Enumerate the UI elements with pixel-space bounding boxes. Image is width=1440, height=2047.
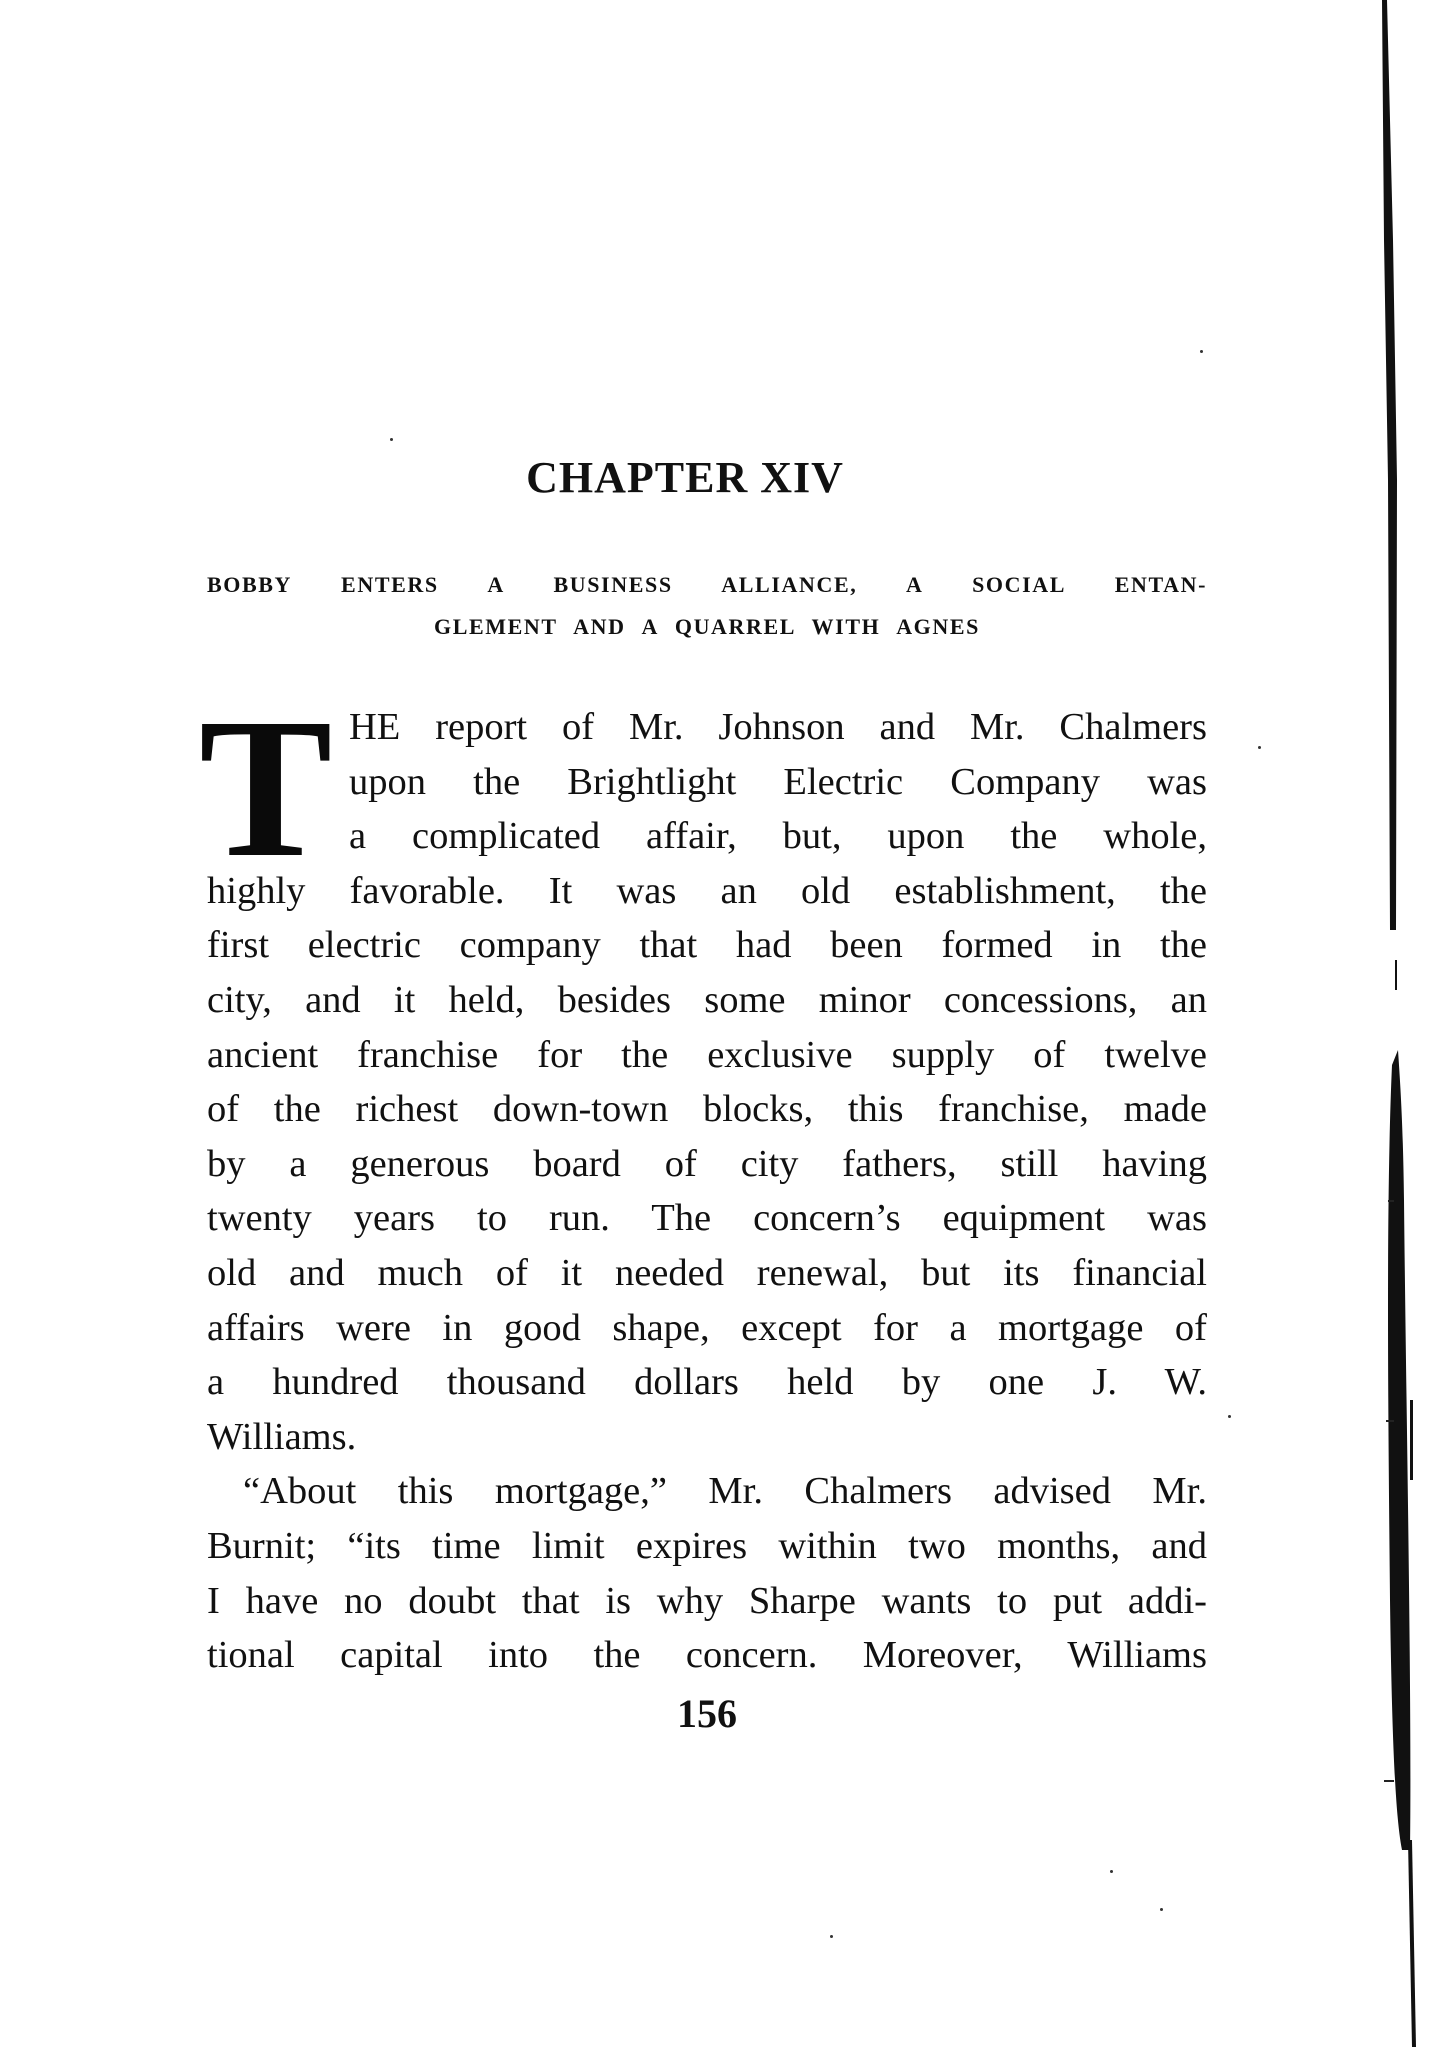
scan-speck	[1110, 1870, 1113, 1873]
chapter-subtitle-line-2: GLEMENT AND A QUARREL WITH AGNES	[207, 614, 1207, 640]
chapter-title: CHAPTER XIV	[0, 452, 1370, 503]
text-line: HE report of Mr. Johnson and Mr. Chalmer…	[349, 700, 1207, 755]
scan-speck	[1160, 1908, 1163, 1911]
text-line: ancient franchise for the exclusive supp…	[207, 1028, 1207, 1083]
page-number: 156	[0, 1690, 1414, 1737]
text-line: I have no doubt that is why Sharpe wants…	[207, 1574, 1207, 1629]
text-line: Williams.	[207, 1410, 1207, 1465]
text-line: affairs were in good shape, except for a…	[207, 1301, 1207, 1356]
scan-speck	[830, 1935, 833, 1938]
text-line: by a generous board of city fathers, sti…	[207, 1137, 1207, 1192]
text-line: city, and it held, besides some minor co…	[207, 973, 1207, 1028]
book-page: CHAPTER XIV BOBBY ENTERS A BUSINESS ALLI…	[0, 0, 1440, 2047]
text-line: twenty years to run. The concern’s equip…	[207, 1191, 1207, 1246]
scan-speck	[390, 438, 393, 441]
scan-speck	[1200, 350, 1203, 353]
text-line: “About this mortgage,” Mr. Chalmers advi…	[207, 1464, 1207, 1519]
text-line: first electric company that had been for…	[207, 918, 1207, 973]
drop-cap: T	[199, 704, 332, 874]
text-line: highly favorable. It was an old establis…	[207, 864, 1207, 919]
body-text: T HE report of Mr. Johnson and Mr. Chalm…	[207, 700, 1207, 1683]
chapter-subtitle-line-1: BOBBY ENTERS A BUSINESS ALLIANCE, A SOCI…	[207, 572, 1207, 598]
text-line: a hundred thousand dollars held by one J…	[207, 1355, 1207, 1410]
text-line: old and much of it needed renewal, but i…	[207, 1246, 1207, 1301]
text-line: tional capital into the concern. Moreove…	[207, 1628, 1207, 1683]
scan-edge-artifact	[1370, 0, 1440, 2047]
text-line: of the richest down-town blocks, this fr…	[207, 1082, 1207, 1137]
scan-speck	[1258, 746, 1261, 749]
text-line: upon the Brightlight Electric Company wa…	[349, 755, 1207, 810]
text-line: a complicated affair, but, upon the whol…	[349, 809, 1207, 864]
scan-speck	[1228, 1415, 1231, 1418]
text-line: Burnit; “its time limit expires within t…	[207, 1519, 1207, 1574]
